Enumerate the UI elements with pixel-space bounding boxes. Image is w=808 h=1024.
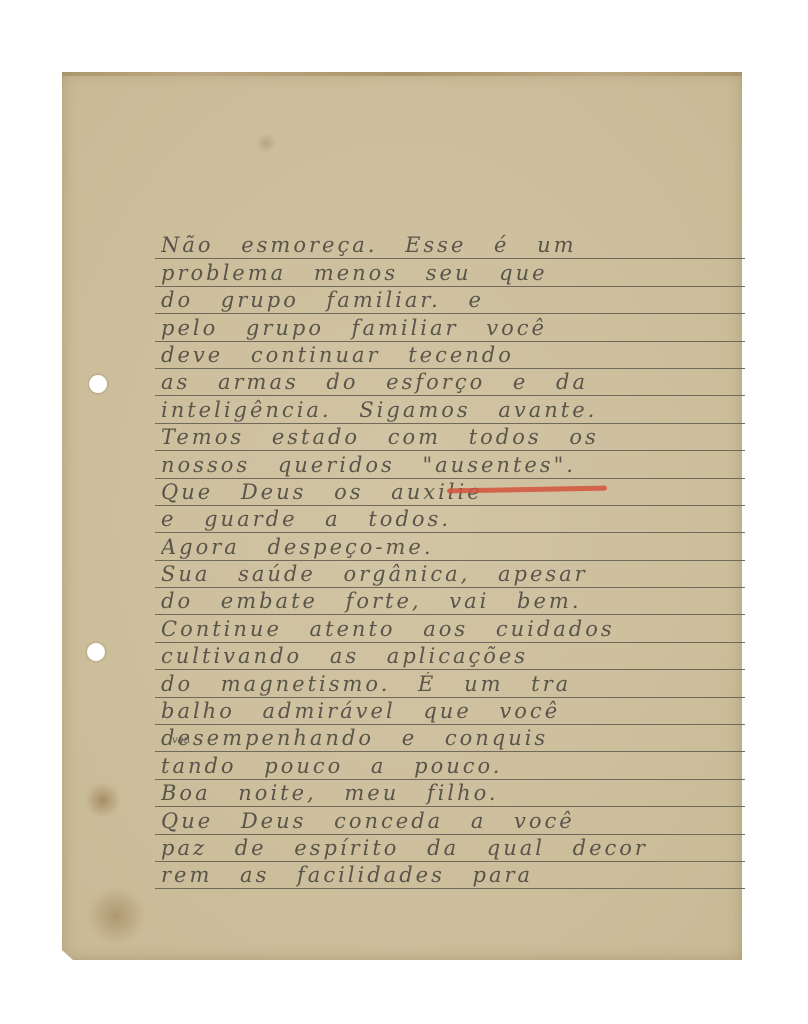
- ruled-line: desempenhando e conquis: [155, 725, 745, 752]
- ruled-line: as armas do esforço e da: [155, 369, 745, 396]
- handwritten-text: Continue atento aos cuidados: [161, 617, 741, 641]
- handwritten-text: rem as facilidades para: [161, 863, 741, 887]
- handwritten-text: Temos estado com todos os: [161, 425, 741, 449]
- punch-hole-lower: [87, 643, 105, 661]
- ruled-line: nossos queridos "ausentes".: [155, 451, 745, 478]
- handwritten-text: paz de espírito da qual decor: [161, 836, 741, 860]
- handwritten-text: Que Deus conceda a você: [161, 809, 741, 833]
- handwritten-text: deve continuar tecendo: [161, 343, 741, 367]
- handwritten-text: Não esmoreça. Esse é um: [161, 233, 741, 257]
- handwritten-text: do magnetismo. É um tra: [161, 672, 741, 696]
- handwritten-text: Sua saúde orgânica, apesar: [161, 562, 741, 586]
- ruled-line: rem as facilidades para: [155, 862, 745, 889]
- ruled-line: Continue atento aos cuidados: [155, 615, 745, 642]
- ruled-line: Boa noite, meu filho.: [155, 780, 745, 807]
- handwritten-text: Boa noite, meu filho.: [161, 781, 741, 805]
- paper-edge: [62, 72, 742, 76]
- ruled-line: balho admirável que você: [155, 698, 745, 725]
- handwritten-text: nossos queridos "ausentes".: [161, 453, 741, 477]
- ruled-line: do grupo familiar. e: [155, 287, 745, 314]
- ruled-line: pelo grupo familiar você: [155, 314, 745, 341]
- handwritten-text: inteligência. Sigamos avante.: [161, 398, 741, 422]
- handwritten-text: balho admirável que você: [161, 699, 741, 723]
- ruled-line: inteligência. Sigamos avante.: [155, 396, 745, 423]
- handwritten-text: problema menos seu que: [161, 261, 741, 285]
- handwritten-text: Agora despeço-me.: [161, 535, 741, 559]
- ruled-line: do magnetismo. É um tra: [155, 670, 745, 697]
- ruled-line: Sua saúde orgânica, apesar: [155, 561, 745, 588]
- handwritten-text: as armas do esforço e da: [161, 370, 741, 394]
- handwritten-text: e guarde a todos.: [161, 507, 741, 531]
- handwritten-text: do embate forte, vai bem.: [161, 589, 741, 613]
- ruled-line: paz de espírito da qual decor: [155, 835, 745, 862]
- interlinear-annotation: van: [172, 735, 190, 746]
- handwritten-text: cultivando as aplicações: [161, 644, 741, 668]
- handwritten-text: pelo grupo familiar você: [161, 316, 741, 340]
- ruled-line: problema menos seu que: [155, 259, 745, 286]
- ruled-line: cultivando as aplicações: [155, 643, 745, 670]
- ruled-line: Que Deus conceda a você: [155, 807, 745, 834]
- handwritten-lines: Não esmoreça. Esse é um problema menos s…: [155, 232, 745, 889]
- handwritten-text: desempenhando e conquis: [161, 726, 741, 750]
- ruled-line: do embate forte, vai bem.: [155, 588, 745, 615]
- handwritten-text: do grupo familiar. e: [161, 288, 741, 312]
- ruled-line: e guarde a todos.: [155, 506, 745, 533]
- ruled-line: deve continuar tecendo: [155, 342, 745, 369]
- ruled-line: tando pouco a pouco.: [155, 752, 745, 779]
- punch-hole-upper: [89, 375, 107, 393]
- ruled-line: Não esmoreça. Esse é um: [155, 232, 745, 259]
- ruled-line: Temos estado com todos os: [155, 424, 745, 451]
- handwritten-text: tando pouco a pouco.: [161, 754, 741, 778]
- ruled-line: Agora despeço-me.: [155, 533, 745, 560]
